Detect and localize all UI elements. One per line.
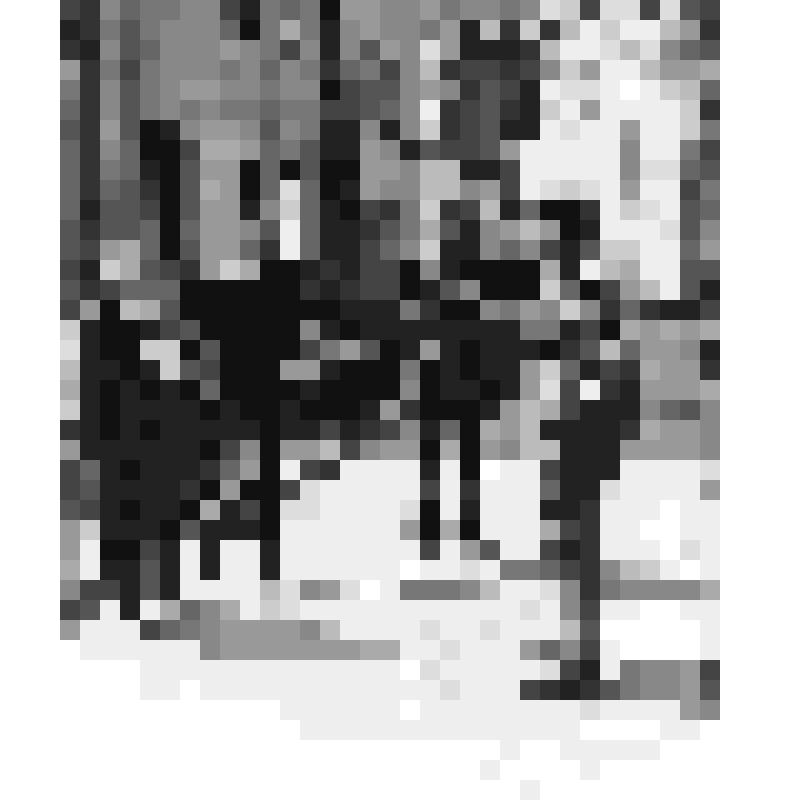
pixelated-street-photo xyxy=(0,0,800,800)
photo-viewer xyxy=(0,0,800,800)
